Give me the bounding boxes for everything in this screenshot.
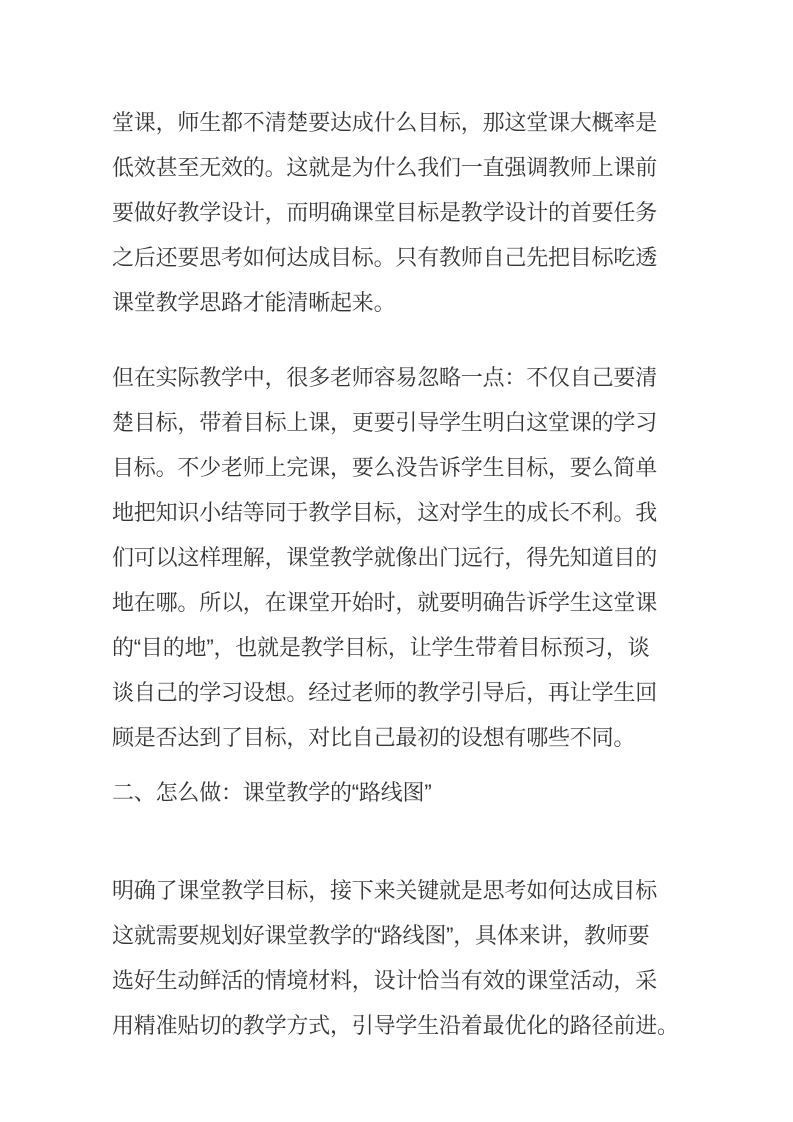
- document-page: 堂课，师生都不清楚要达成什么目标，那这堂课大概率是 低效甚至无效的。这就是为什么…: [0, 0, 793, 1122]
- section-heading: 二、怎么做：课堂教学的“路线图”: [112, 770, 682, 815]
- body-paragraph-3: 明确了课堂教学目标，接下来关键就是思考如何达成目标 这就需要规划好课堂教学的“路…: [112, 868, 682, 1048]
- body-paragraph-2: 但在实际教学中，很多老师容易忽略一点：不仅自己要清 楚目标，带着目标上课，更要引…: [112, 355, 682, 760]
- body-paragraph-1: 堂课，师生都不清楚要达成什么目标，那这堂课大概率是 低效甚至无效的。这就是为什么…: [112, 100, 682, 325]
